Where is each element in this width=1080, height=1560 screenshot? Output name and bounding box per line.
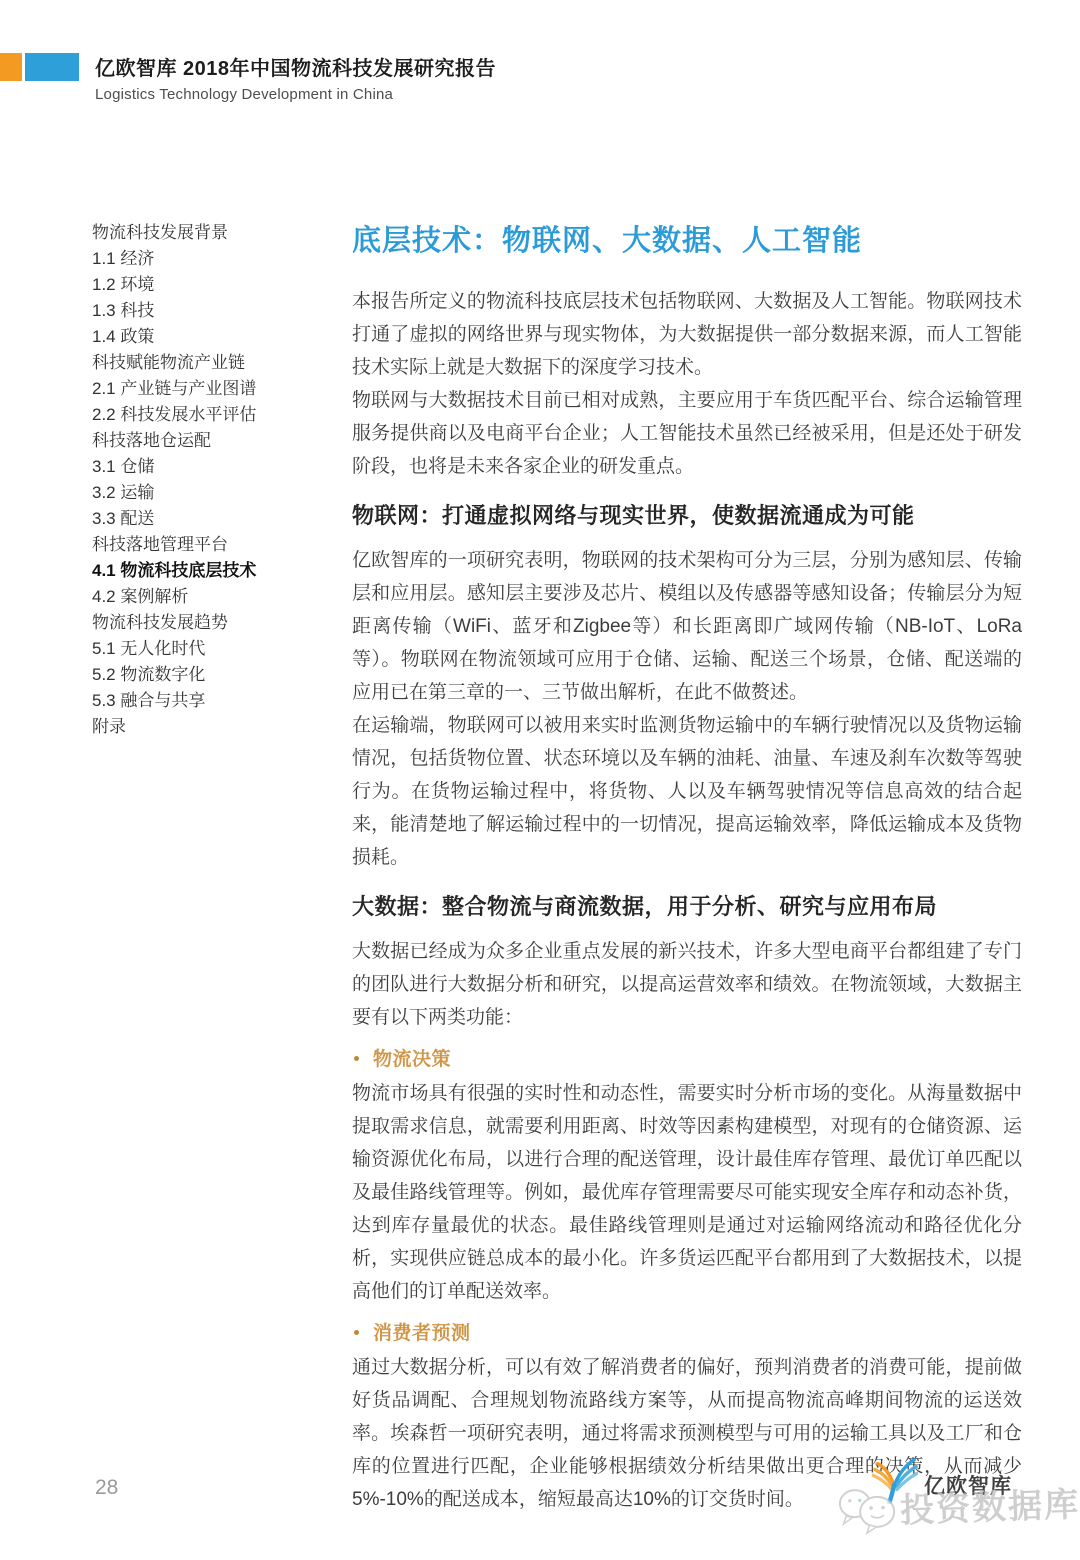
toc-item: 5.2 物流数字化 <box>92 662 337 688</box>
watermark-label: 投资数据库 <box>899 1476 1080 1531</box>
report-title: 亿欧智库 2018年中国物流科技发展研究报告 <box>95 52 496 81</box>
toc-item: 1.4 政策 <box>92 324 337 350</box>
toc-item: 3.3 配送 <box>92 506 337 532</box>
toc-item: 2.2 科技发展水平评估 <box>92 402 337 428</box>
section-heading-iot: 物联网：打通虚拟网络与现实世界，使数据流通成为可能 <box>352 499 1022 530</box>
toc-item: 1.3 科技 <box>92 298 337 324</box>
toc-item: 物流科技发展背景 <box>92 220 337 246</box>
bullet-label: 物流决策 <box>373 1044 451 1071</box>
toc-item: 科技落地仓运配 <box>92 428 337 454</box>
toc-item: 科技落地管理平台 <box>92 532 337 558</box>
iot-paragraph-1: 亿欧智库的一项研究表明，物联网的技术架构可分为三层，分别为感知层、传输层和应用层… <box>352 544 1022 709</box>
page-number: 28 <box>95 1476 118 1500</box>
toc-item: 2.1 产业链与产业图谱 <box>92 376 337 402</box>
page-title: 底层技术：物联网、大数据、人工智能 <box>352 218 1022 259</box>
bigdata-paragraph-1: 大数据已经成为众多企业重点发展的新兴技术，许多大型电商平台都组建了专门的团队进行… <box>352 935 1022 1034</box>
toc-item: 科技赋能物流产业链 <box>92 350 337 376</box>
brand-square-orange-icon <box>0 53 22 81</box>
watermark: 投资数据库 <box>835 1474 1080 1536</box>
toc-item: 5.1 无人化时代 <box>92 636 337 662</box>
brand-square-blue-icon <box>25 53 79 81</box>
toc-item: 1.2 环境 <box>92 272 337 298</box>
intro-paragraph-1: 本报告所定义的物流科技底层技术包括物联网、大数据及人工智能。物联网技术打通了虚拟… <box>352 285 1022 384</box>
toc-item: 3.2 运输 <box>92 480 337 506</box>
bullet-dot-icon <box>354 1330 359 1335</box>
toc-item: 1.1 经济 <box>92 246 337 272</box>
chat-faces-icon <box>835 1480 901 1536</box>
toc-item: 3.1 仓储 <box>92 454 337 480</box>
logistics-decision-paragraph: 物流市场具有很强的实时性和动态性，需要实时分析市场的变化。从海量数据中提取需求信… <box>352 1077 1022 1308</box>
table-of-contents: 物流科技发展背景 1.1 经济 1.2 环境 1.3 科技 1.4 政策 科技赋… <box>92 220 337 740</box>
iot-paragraph-2: 在运输端，物联网可以被用来实时监测货物运输中的车辆行驶情况以及货物运输情况，包括… <box>352 709 1022 874</box>
toc-item: 5.3 融合与共享 <box>92 688 337 714</box>
main-content: 底层技术：物联网、大数据、人工智能 本报告所定义的物流科技底层技术包括物联网、大… <box>352 218 1022 1516</box>
bullet-item-consumer-forecast: 消费者预测 <box>352 1318 1022 1345</box>
intro-paragraph-2: 物联网与大数据技术目前已相对成熟，主要应用于车货匹配平台、综合运输管理服务提供商… <box>352 384 1022 483</box>
bullet-label: 消费者预测 <box>373 1318 471 1345</box>
section-heading-bigdata: 大数据：整合物流与商流数据，用于分析、研究与应用布局 <box>352 890 1022 921</box>
bullet-item-logistics-decision: 物流决策 <box>352 1044 1022 1071</box>
toc-item: 4.2 案例解析 <box>92 584 337 610</box>
toc-item-current: 4.1 物流科技底层技术 <box>92 558 337 584</box>
report-subtitle: Logistics Technology Development in Chin… <box>95 86 393 103</box>
bullet-dot-icon <box>354 1056 359 1061</box>
toc-item: 附录 <box>92 714 337 740</box>
toc-item: 物流科技发展趋势 <box>92 610 337 636</box>
